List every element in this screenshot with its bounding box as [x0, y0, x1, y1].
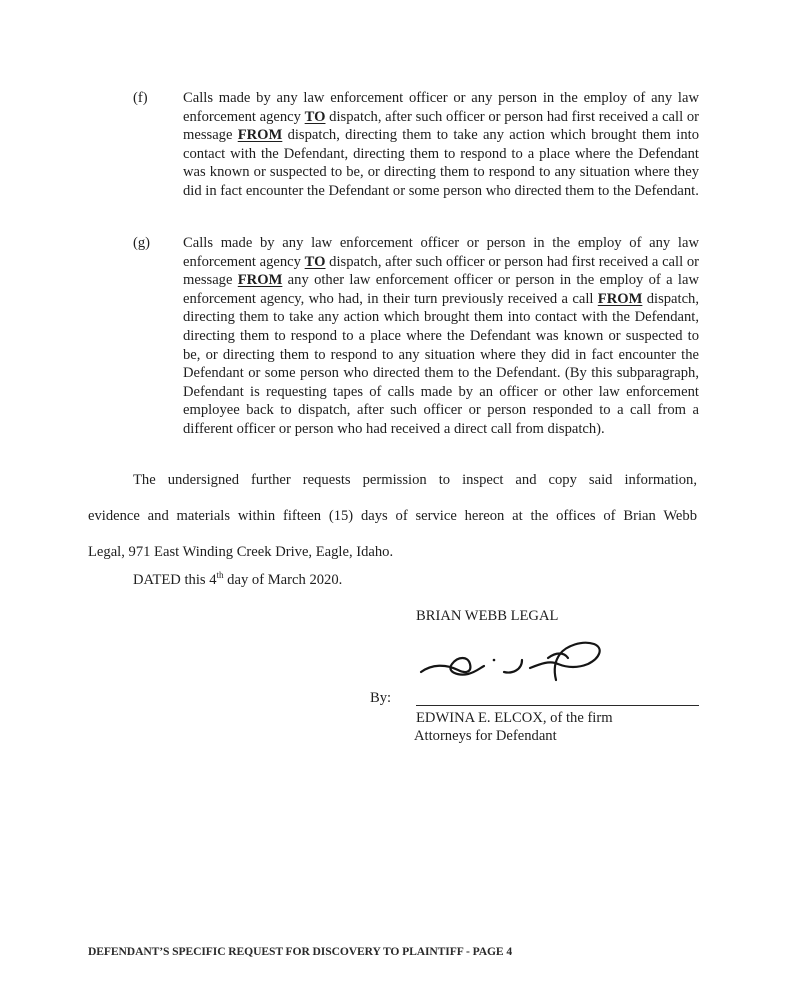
closing-line: The undersigned further requests permiss… [88, 462, 697, 498]
emphasized-term: FROM [238, 127, 283, 143]
subparagraph-g: (g) Calls made by any law enforcement of… [133, 234, 699, 439]
dated-ordinal-suffix: th [217, 570, 224, 580]
signer-role: Attorneys for Defendant [414, 726, 557, 746]
dated-line: DATED this 4th day of March 2020. [133, 570, 342, 590]
closing-line: Legal, 971 East Winding Creek Drive, Eag… [88, 534, 697, 570]
closing-paragraph: The undersigned further requests permiss… [88, 462, 697, 570]
body-text: dispatch, directing them to take any act… [183, 291, 699, 437]
emphasized-term: TO [305, 254, 326, 270]
by-label: By: [370, 688, 391, 708]
document-page: (f) Calls made by any law enforcement of… [0, 0, 788, 1003]
subparagraph-body: Calls made by any law enforcement office… [183, 89, 699, 201]
dated-prefix: DATED this 4 [133, 572, 217, 588]
page-footer: DEFENDANT’S SPECIFIC REQUEST FOR DISCOVE… [88, 944, 512, 960]
subparagraph-f: (f) Calls made by any law enforcement of… [133, 89, 699, 201]
signature-line [416, 705, 699, 706]
emphasized-term: FROM [238, 272, 283, 288]
closing-line: evidence and materials within fifteen (1… [88, 498, 697, 534]
firm-name: BRIAN WEBB LEGAL [416, 606, 558, 626]
dated-suffix: day of March 2020. [224, 572, 343, 588]
subparagraph-label: (f) [133, 89, 148, 108]
emphasized-term: TO [305, 109, 326, 125]
subparagraph-label: (g) [133, 234, 150, 253]
subparagraph-body: Calls made by any law enforcement office… [183, 234, 699, 439]
handwritten-signature-icon [418, 634, 618, 684]
signer-name: EDWINA E. ELCOX, of the firm [416, 708, 613, 728]
emphasized-term: FROM [598, 291, 643, 307]
